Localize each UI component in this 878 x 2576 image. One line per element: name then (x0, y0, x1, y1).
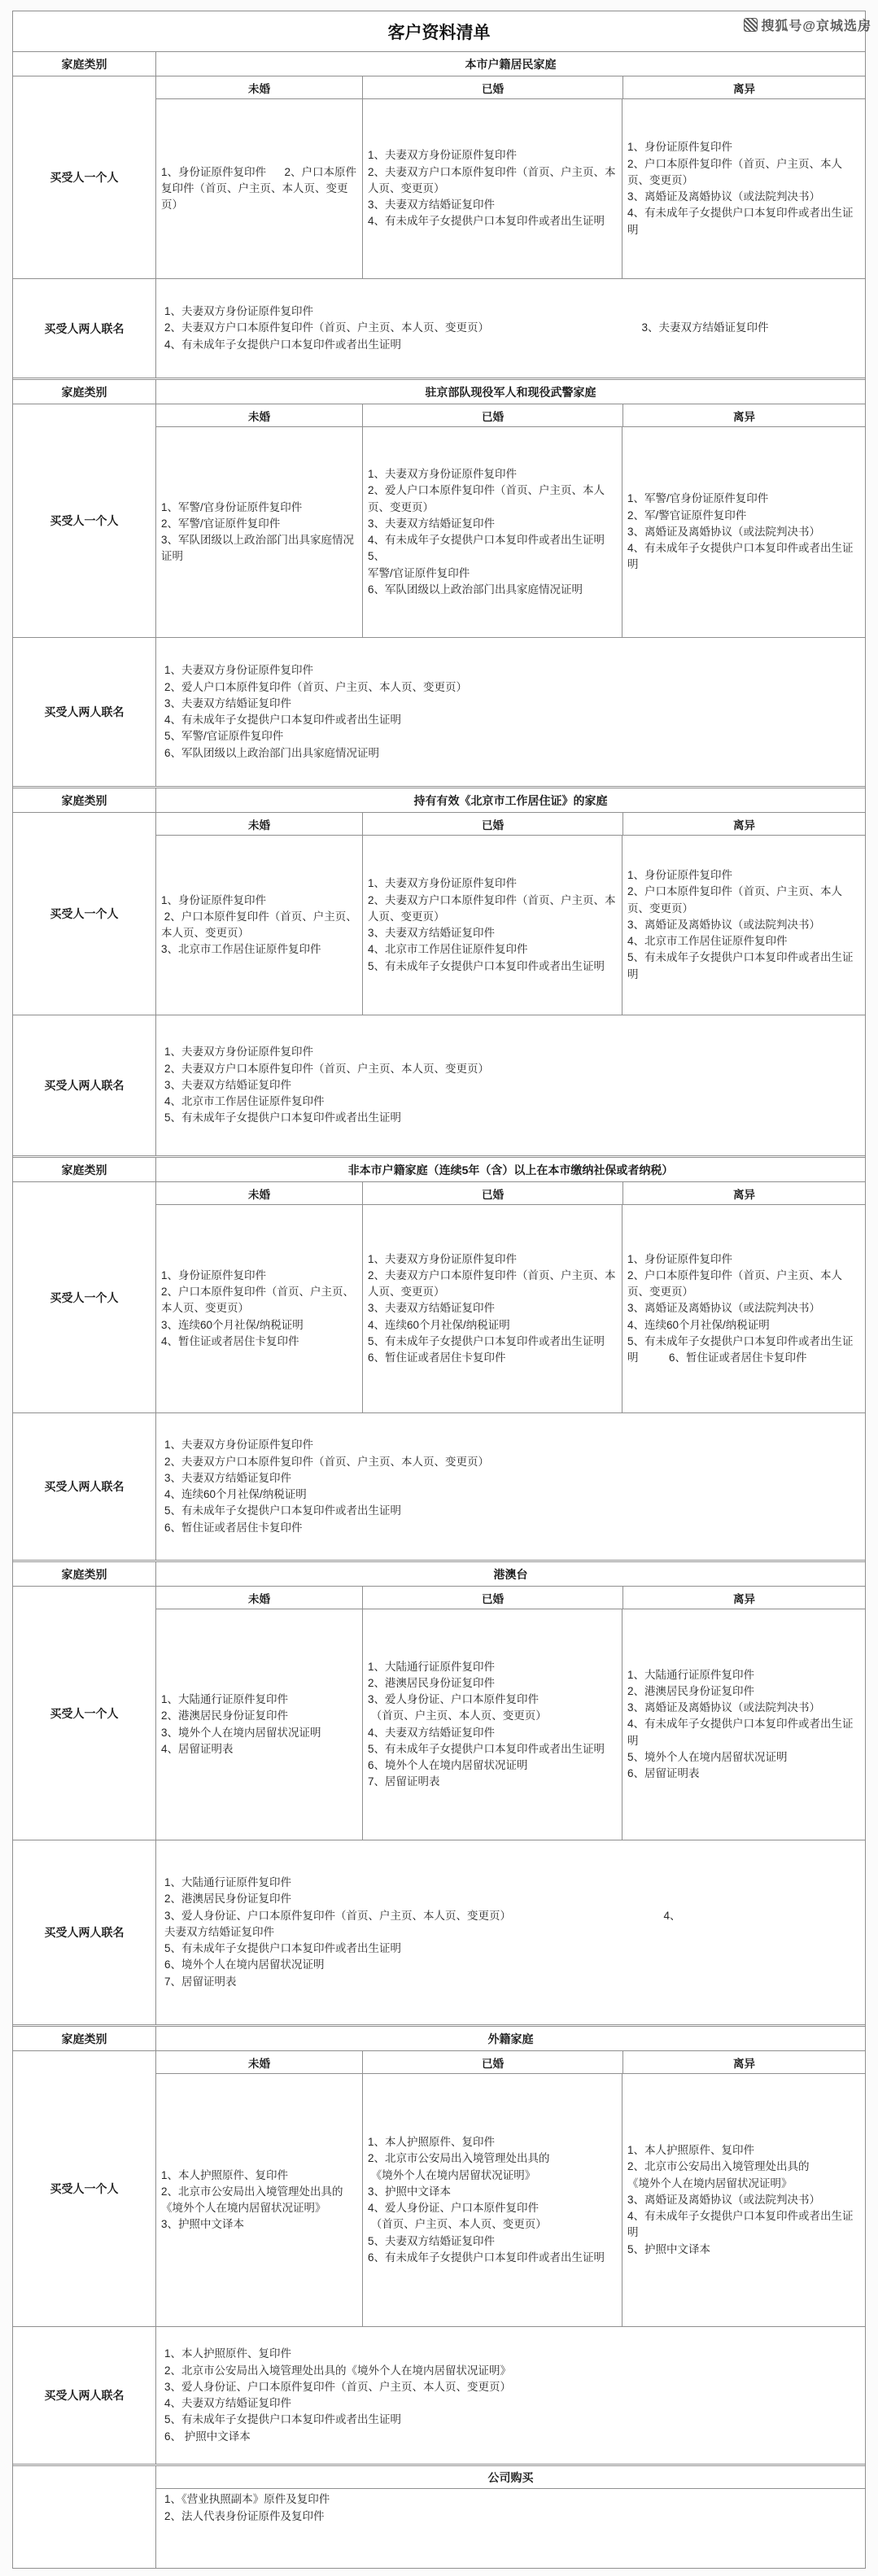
docs-joint: 1、夫妻双方身份证原件复印件 2、夫妻双方户口本原件复印件（首页、户主页、本人页… (156, 1015, 865, 1155)
status-divorced: 离异 (622, 404, 865, 426)
watermark: 搜狐号@京城选房 (744, 15, 871, 34)
section-company-purchase: 公司购买 1、《营业执照副本》原件及复印件 2、法人代表身份证原件及复印件 (13, 2464, 865, 2568)
status-divorced: 离异 (622, 76, 865, 98)
single-buyer-label: 买受人一个人 (13, 76, 156, 278)
docs-divorced: 1、身份证原件复印件 2、户口本原件复印件（首页、户主页、本人页、变更页） 3、… (622, 1205, 865, 1412)
docs-married: 1、夫妻双方身份证原件复印件 2、爱人户口本原件复印件（首页、户主页、本人页、变… (362, 427, 622, 637)
docs-divorced: 1、身份证原件复印件 2、户口本原件复印件（首页、户主页、本人页、变更页） 3、… (622, 836, 865, 1015)
joint-buyers-label: 买受人两人联名 (13, 1413, 156, 1560)
section-non-local-family: 家庭类别 非本市户籍家庭（连续5年（含）以上在本市缴纳社保或者纳税） 买受人一个… (13, 1155, 865, 1560)
page-title: 客户资料清单 (13, 11, 865, 52)
docs-joint: 1、夫妻双方身份证原件复印件 2、夫妻双方户口本原件复印件（首页、户主页、本人页… (156, 1413, 865, 1560)
section-military-family: 家庭类别 驻京部队现役军人和现役武警家庭 买受人一个人 未婚 已婚 离异 1、军… (13, 378, 865, 786)
status-divorced: 离异 (622, 1587, 865, 1609)
joint-buyers-label: 买受人两人联名 (13, 2327, 156, 2464)
docs-married: 1、大陆通行证原件复印件 2、港澳居民身份证复印件 3、爱人身份证、户口本原件复… (362, 1609, 622, 1840)
docs-joint: 1、大陆通行证原件复印件 2、港澳居民身份证复印件 3、爱人身份证、户口本原件复… (156, 1840, 865, 2024)
section-foreign-family: 家庭类别 外籍家庭 买受人一个人 未婚 已婚 离异 1、本人护照原件、复印件 2… (13, 2024, 865, 2464)
section-name: 港澳台 (156, 1562, 865, 1586)
docs-unmarried: 1、身份证原件复印件 2、户口本原件复印件（首页、户主页、本人页、变更页） (156, 99, 362, 278)
company-purchase-title: 公司购买 (156, 2466, 865, 2489)
customer-document-table: 客户资料清单 家庭类别 本市户籍居民家庭 买受人一个人 未婚 已婚 离异 1、身… (12, 11, 866, 2569)
single-buyer-label: 买受人一个人 (13, 404, 156, 637)
docs-joint: 1、夫妻双方身份证原件复印件 2、爱人户口本原件复印件（首页、户主页、本人页、变… (156, 638, 865, 786)
section-local-registered-family: 家庭类别 本市户籍居民家庭 买受人一个人 未婚 已婚 离异 1、身份证原件复印件… (13, 52, 865, 378)
status-unmarried: 未婚 (156, 1182, 362, 1204)
section-work-residence-permit-family: 家庭类别 持有有效《北京市工作居住证》的家庭 买受人一个人 未婚 已婚 离异 1… (13, 786, 865, 1155)
status-unmarried: 未婚 (156, 404, 362, 426)
joint-buyers-label: 买受人两人联名 (13, 1015, 156, 1155)
docs-married: 1、夫妻双方身份证原件复印件 2、夫妻双方户口本原件复印件（首页、户主页、本人页… (362, 1205, 622, 1412)
docs-married: 1、本人护照原件、复印件 2、北京市公安局出入境管理处出具的 《境外个人在境内居… (362, 2074, 622, 2326)
family-category-label: 家庭类别 (13, 788, 156, 812)
status-married: 已婚 (362, 1587, 622, 1609)
docs-joint: 1、夫妻双方身份证原件复印件 2、夫妻双方户口本原件复印件（首页、户主页、本人页… (156, 279, 865, 378)
single-buyer-label: 买受人一个人 (13, 2051, 156, 2326)
company-purchase-docs: 1、《营业执照副本》原件及复印件 2、法人代表身份证原件及复印件 (156, 2489, 865, 2568)
status-married: 已婚 (362, 2051, 622, 2073)
section-hk-macao-taiwan: 家庭类别 港澳台 买受人一个人 未婚 已婚 离异 1、大陆通行证原件复印件 2、… (13, 1560, 865, 2024)
family-category-label: 家庭类别 (13, 1158, 156, 1181)
status-married: 已婚 (362, 404, 622, 426)
status-married: 已婚 (362, 813, 622, 835)
docs-married: 1、夫妻双方身份证原件复印件 2、夫妻双方户口本原件复印件（首页、户主页、本人页… (362, 836, 622, 1015)
section-name: 本市户籍居民家庭 (156, 52, 865, 76)
status-divorced: 离异 (622, 1182, 865, 1204)
status-married: 已婚 (362, 76, 622, 98)
family-category-label: 家庭类别 (13, 2027, 156, 2050)
joint-buyers-label: 买受人两人联名 (13, 1840, 156, 2024)
docs-unmarried: 1、本人护照原件、复印件 2、北京市公安局出入境管理处出具的《境外个人在境内居留… (156, 2074, 362, 2326)
section-name: 外籍家庭 (156, 2027, 865, 2050)
docs-divorced: 1、身份证原件复印件 2、户口本原件复印件（首页、户主页、本人页、变更页） 3、… (622, 99, 865, 278)
section-name: 驻京部队现役军人和现役武警家庭 (156, 380, 865, 404)
docs-joint: 1、本人护照原件、复印件 2、北京市公安局出入境管理处出具的《境外个人在境内居留… (156, 2327, 865, 2464)
docs-unmarried: 1、大陆通行证原件复印件 2、港澳居民身份证复印件 3、境外个人在境内居留状况证… (156, 1609, 362, 1840)
family-category-label: 家庭类别 (13, 380, 156, 404)
sohu-logo-icon (744, 18, 758, 32)
docs-married: 1、夫妻双方身份证原件复印件 2、夫妻双方户口本原件复印件（首页、户主页、本人页… (362, 99, 622, 278)
single-buyer-label: 买受人一个人 (13, 1587, 156, 1840)
status-married: 已婚 (362, 1182, 622, 1204)
joint-buyers-label: 买受人两人联名 (13, 279, 156, 378)
docs-unmarried: 1、身份证原件复印件 2、户口本原件复印件（首页、户主页、本人页、变更页） 3、… (156, 1205, 362, 1412)
single-buyer-label: 买受人一个人 (13, 1182, 156, 1412)
docs-divorced: 1、大陆通行证原件复印件 2、港澳居民身份证复印件 3、离婚证及离婚协议（或法院… (622, 1609, 865, 1840)
joint-buyers-label: 买受人两人联名 (13, 638, 156, 786)
section-name: 持有有效《北京市工作居住证》的家庭 (156, 788, 865, 812)
watermark-text: 搜狐号@京城选房 (761, 15, 871, 34)
status-unmarried: 未婚 (156, 2051, 362, 2073)
status-unmarried: 未婚 (156, 1587, 362, 1609)
status-unmarried: 未婚 (156, 76, 362, 98)
status-divorced: 离异 (622, 813, 865, 835)
empty-cell (13, 2466, 156, 2568)
status-divorced: 离异 (622, 2051, 865, 2073)
status-unmarried: 未婚 (156, 813, 362, 835)
docs-unmarried: 1、身份证原件复印件 2、户口本原件复印件（首页、户主页、本人页、变更页） 3、… (156, 836, 362, 1015)
docs-unmarried: 1、军警/官身份证原件复印件 2、军警/官证原件复印件 3、军队团级以上政治部门… (156, 427, 362, 637)
docs-divorced: 1、军警/官身份证原件复印件 2、军/警官证原件复印件 3、离婚证及离婚协议（或… (622, 427, 865, 637)
section-name: 非本市户籍家庭（连续5年（含）以上在本市缴纳社保或者纳税） (156, 1158, 865, 1181)
family-category-label: 家庭类别 (13, 1562, 156, 1586)
family-category-label: 家庭类别 (13, 52, 156, 76)
docs-divorced: 1、本人护照原件、复印件 2、北京市公安局出入境管理处出具的 《境外个人在境内居… (622, 2074, 865, 2326)
single-buyer-label: 买受人一个人 (13, 813, 156, 1015)
